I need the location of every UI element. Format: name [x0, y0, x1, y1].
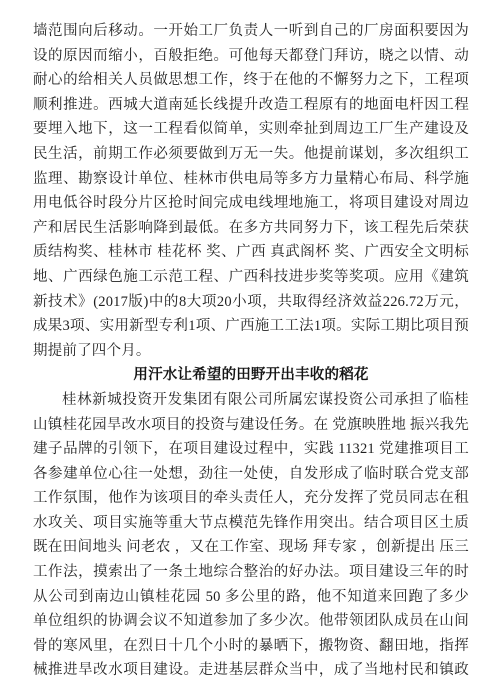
- text-line: 山镇桂花园旱改水项目的投资与建设任务。在 党旗映胜地 振兴我先行 党: [33, 413, 469, 438]
- text-line: 墙范围向后移动。一开始工厂负责人一听到自己的厂房面积要因为道路建: [33, 19, 469, 44]
- text-line: 建子品牌的引领下，在项目建设过程中，实践 11321 党建推项目工作法，: [33, 437, 469, 462]
- text-line: 水攻关、项目实施等重大节点模范先锋作用突出。结合项目区土质实际，: [33, 511, 469, 536]
- text-line: 监理、勘察设计单位、桂林市供电局等多方力量精心布局、科学施策，在: [33, 167, 469, 192]
- text-line: 地、广西绿色施工示范工程、广西科技进步奖等奖项。应用《建筑业十项: [33, 265, 469, 290]
- text-line: 顺利推进。西城大道南延长线提升改造工程原有的地面电杆因工程建设需: [33, 93, 469, 118]
- text-line: 各参建单位心往一处想，劲往一处使，自发形成了临时联合党支部的党建: [33, 462, 469, 487]
- text-line: 械推进旱改水项目建设。走进基层群众当中，成了当地村民和镇政府、村: [33, 658, 469, 683]
- text-line: 用电低谷时段分片区抢时间完成电线埋地施工，将项目建设对周边工厂生: [33, 191, 469, 216]
- text-line: 期提前了四个月。: [33, 339, 469, 364]
- text-line: 产和居民生活影响降到最低。在多方共同努力下，该工程先后荣获广西优: [33, 216, 469, 241]
- text-line: 既在田间地头 问老农 ，又在工作室、现场 拜专家 ，创新提出 压三翻四: [33, 535, 469, 560]
- text-line: 耐心的给相关人员做思想工作，终于在他的不懈努力之下，工程项目得以: [33, 68, 469, 93]
- page-text: 墙范围向后移动。一开始工厂负责人一听到自己的厂房面积要因为道路建 设的原因而缩小…: [33, 19, 469, 683]
- text-line: 质结构奖、桂林市 桂花杯 奖、广西 真武阁杯 奖、广西安全文明标准化工: [33, 240, 469, 265]
- document-page: 墙范围向后移动。一开始工厂负责人一听到自己的厂房面积要因为道路建 设的原因而缩小…: [0, 0, 501, 695]
- text-line: 骨的寒风里，在烈日十几个小时的暴晒下，搬物资、翻田地，指挥人员机: [33, 634, 469, 659]
- text-line: 民生活，前期工作必须要做到万无一失。他提前谋划，多次组织工厂施工、: [33, 142, 469, 167]
- text-line: 工作法，摸索出了一条土地综合整治的好办法。项目建设三年的时间里，: [33, 560, 469, 585]
- text-line: 新技术》(2017版)中的8大项20小项，共取得经济效益226.72万元，获QC: [33, 290, 469, 315]
- text-line: 设的原因而缩小，百般拒绝。可他每天都登门拜访，晓之以情、动之以理，: [33, 44, 469, 69]
- text-line: 工作氛围，他作为该项目的牵头责任人，充分发挥了党员同志在租地、保: [33, 486, 469, 511]
- text-line: 桂林新城投资开发集团有限公司所属宏谋投资公司承担了临桂区南边: [33, 388, 469, 413]
- text-line: 成果3项、实用新型专利1项、广西施工工法1项。实际工期比项目预计工: [33, 314, 469, 339]
- text-line: 单位组织的协调会议不知道参加了多少次。他带领团队成员在山间冬天刺: [33, 609, 469, 634]
- text-line: 要埋入地下，这一工程看似简单，实则牵扯到周边工厂生产建设及大量居: [33, 117, 469, 142]
- section-heading: 用汗水让希望的田野开出丰收的稻花: [33, 363, 469, 388]
- text-line: 从公司到南边山镇桂花园 50 多公里的路，他不知道来回跑了多少趟；各级: [33, 585, 469, 610]
